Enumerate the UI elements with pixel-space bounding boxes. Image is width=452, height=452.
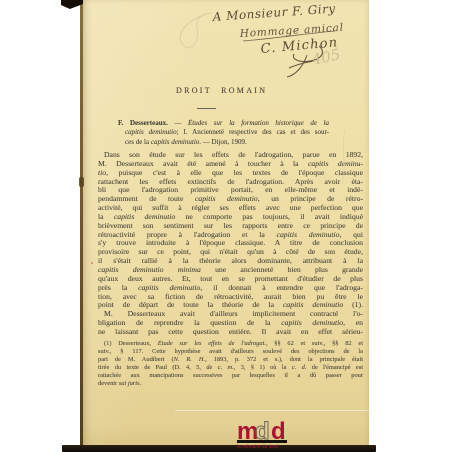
text-line: près la capitis deminutio, il donnait à …: [98, 284, 363, 293]
logo-letter-d: d: [271, 418, 286, 442]
text-line: qu'aux deux autres. Et, tout en se prome…: [98, 275, 363, 284]
watermark-logo: m d d la mémoire du droit: [237, 415, 291, 450]
footnote-block: (1) Desserteaux, Étude sur les effets de…: [98, 340, 363, 389]
page-bottom-shadow: [62, 445, 376, 452]
text-line: tio, puisque c'est à elle que les textes…: [98, 169, 363, 178]
text-line: s'y trouve introduite à l'époque classiq…: [98, 239, 363, 248]
body-text: Dans son étude sur les effets de l'adrog…: [98, 151, 363, 337]
signature-text: C. Michon: [260, 35, 339, 57]
paragraph: M. Desserteaux avait d'ailleurs implicit…: [98, 310, 363, 337]
dedication-line-2: Hommage amical: [238, 22, 344, 40]
text-line: pendamment de toute capitis deminutio, u…: [98, 195, 363, 204]
text-line: (1) Desserteaux, Étude sur les effets de…: [98, 340, 363, 348]
paragraph: Dans son étude sur les effets de l'adrog…: [98, 151, 363, 310]
section-title: DROIT ROMAIN: [176, 86, 267, 95]
page-left-edge: [80, 0, 83, 452]
text-line: Dans son étude sur les effets de l'adrog…: [98, 151, 363, 160]
pencil-circle-mark: [180, 13, 211, 48]
text-line: rattachée aux mancipations successives p…: [98, 372, 363, 380]
text-line: ces de la capitis deminutio. — Dijon, 19…: [118, 138, 329, 147]
pencil-number: 405: [309, 45, 342, 69]
text-line: M. Desserteaux avait d'ailleurs implicit…: [98, 310, 363, 319]
text-line: il s'était rallié à la théorie alors dom…: [98, 257, 363, 266]
logo-subtext: la mémoire du droit: [237, 444, 287, 450]
text-line: brièvement son sentiment sur les rapport…: [98, 222, 363, 231]
dedication-line-1: A Monsieur F. Giry: [211, 1, 336, 24]
logo-letter-d-outline: d: [255, 418, 270, 442]
text-line: activité, qui suffit à régler ses effets…: [98, 204, 363, 213]
text-line: bli que l'adrogation primitive portait, …: [98, 186, 363, 195]
dedication-underline-flourish: [243, 31, 335, 41]
text-line: rétroactivité propre à l'adrogation et l…: [98, 231, 363, 240]
text-line: M. Desserteaux avait été amené à toucher…: [98, 160, 363, 169]
text-line: capitis deminutio; I. Ancienneté respect…: [118, 128, 329, 137]
text-line: devenir sui juris.: [98, 380, 363, 388]
text-line: capitis deminutio minima une ancienneté …: [98, 266, 363, 275]
signature-paraph: [287, 55, 314, 77]
signature-flourish: [293, 46, 322, 62]
red-speck: [91, 262, 93, 264]
scanned-page-background: DROIT ROMAIN F. Desserteaux. — Études su…: [0, 0, 452, 452]
paper-crease-line: [175, 410, 376, 411]
text-line: tion, avec sa fiction de rétroactivité, …: [98, 293, 363, 302]
title-rule: [197, 108, 216, 109]
text-line: bligation de reprendre la question de la…: [98, 319, 363, 328]
text-line: point de départ de toute la théorie de l…: [98, 301, 363, 310]
text-line: part de M. Audibert (N. R. H., 1893, p. …: [98, 356, 363, 364]
text-line: F. Desserteaux. — Études sur la formatio…: [118, 119, 329, 128]
text-line: ne laissant pas cette question entière. …: [98, 328, 363, 337]
watermark-letters: m d d: [237, 415, 291, 442]
bibliography-entry: F. Desserteaux. — Études sur la formatio…: [118, 119, 329, 147]
text-line: tirée du texte de Paul (D. 4, 5, de c. m…: [98, 364, 363, 372]
text-line: la capitis deminutio ne comporte pas tou…: [98, 213, 363, 222]
book-page: DROIT ROMAIN F. Desserteaux. — Études su…: [83, 0, 369, 452]
text-line: suiv., § 117. Cette hypothèse avait d'ai…: [98, 348, 363, 356]
text-line: provisoire sur ce point, qui n'était qu'…: [98, 248, 363, 257]
text-line: rattachent les effets extinctifs de l'ad…: [98, 178, 363, 187]
page-edge-notch: [79, 177, 84, 187]
